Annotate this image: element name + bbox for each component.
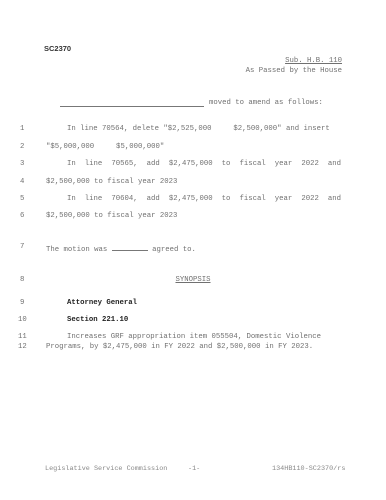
word: 2022 [301, 160, 319, 168]
synopsis-heading: SYNOPSIS [0, 276, 386, 284]
motion-result-prefix: The motion was [46, 246, 107, 254]
amendment-line: In line 70565, add $2,475,000 to fiscal … [67, 160, 341, 168]
line-number: 6 [20, 212, 36, 220]
word: to [222, 195, 231, 203]
word: add [147, 160, 160, 168]
word: In [67, 160, 76, 168]
section-heading: Section 221.10 [67, 316, 128, 324]
line-number: 10 [18, 316, 34, 324]
word: $2,475,000 [169, 195, 213, 203]
footer-left: Legislative Service Commission [45, 465, 167, 473]
line-number: 9 [20, 299, 36, 307]
word: $2,475,000 [169, 160, 213, 168]
amendment-line: "$5,000,000 $5,000,000" [46, 143, 164, 151]
motion-result-suffix: agreed to. [152, 246, 196, 254]
word: and [328, 160, 341, 168]
line-number: 4 [20, 178, 36, 186]
word: 70565, [111, 160, 137, 168]
amendment-line: $2,500,000 to fiscal year 2023 [46, 178, 177, 186]
page-number: -1- [188, 465, 200, 473]
word: year [275, 160, 293, 168]
line-number: 2 [20, 143, 36, 151]
motion-result-blank [112, 243, 148, 251]
amendment-line: In line 70604, add $2,475,000 to fiscal … [67, 195, 341, 203]
line-number: 11 [18, 333, 34, 341]
word: and [328, 195, 341, 203]
amendment-id: SC2370 [44, 44, 71, 53]
line-number: 12 [18, 343, 34, 351]
word: 2022 [301, 195, 319, 203]
word: to [222, 160, 231, 168]
bill-number: Sub. H.B. 110 [285, 57, 342, 65]
bill-status: As Passed by the House [246, 67, 342, 75]
agency-heading: Attorney General [67, 299, 137, 307]
word: fiscal [239, 195, 265, 203]
word: In [67, 195, 76, 203]
word: year [275, 195, 293, 203]
amendment-line: $2,500,000 to fiscal year 2023 [46, 212, 177, 220]
synopsis-text: Increases GRF appropriation item 055504,… [67, 333, 321, 341]
synopsis-text: Programs, by $2,475,000 in FY 2022 and $… [46, 343, 313, 351]
mover-signature-blank [60, 105, 204, 107]
amendment-line: In line 70564, delete "$2,525,000 $2,500… [67, 125, 330, 133]
motion-text: moved to amend as follows: [209, 99, 323, 107]
line-number: 7 [20, 243, 36, 251]
word: line [85, 160, 103, 168]
motion-result-line: The motion was agreed to. [46, 243, 196, 254]
word: fiscal [239, 160, 265, 168]
word: 70604, [111, 195, 137, 203]
line-number: 5 [20, 195, 36, 203]
word: line [85, 195, 103, 203]
footer-right: 134HB110-SC2370/rs [272, 465, 345, 473]
line-number: 1 [20, 125, 36, 133]
line-number: 3 [20, 160, 36, 168]
word: add [147, 195, 160, 203]
